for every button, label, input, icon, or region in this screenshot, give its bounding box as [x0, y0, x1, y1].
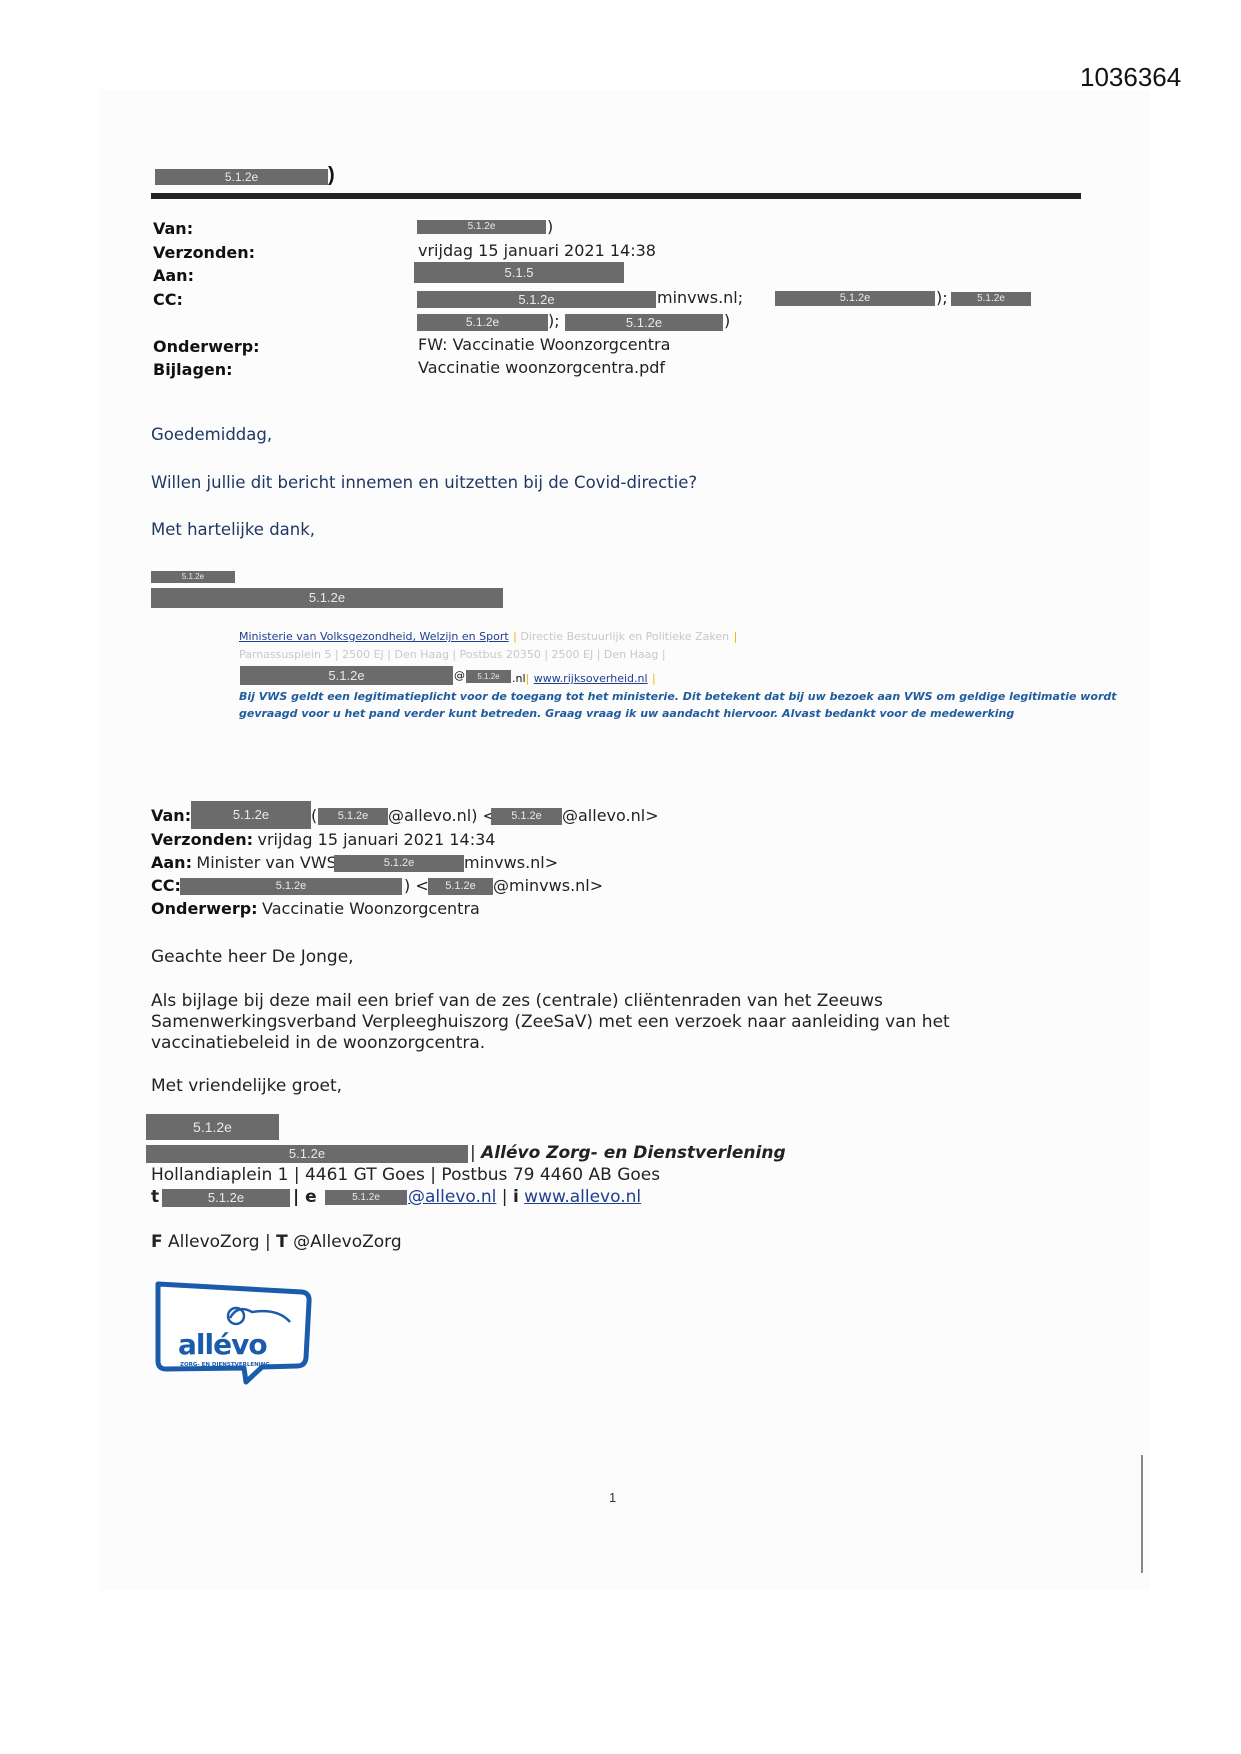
redaction-block: 5.1.2e — [417, 220, 546, 234]
redaction-block: 5.1.2e — [775, 291, 935, 306]
onderwerp-row: Onderwerp: Vaccinatie Woonzorgcentra — [151, 899, 480, 919]
cc-suffix: ) — [724, 311, 730, 330]
body-closing: Met vriendelijke groet, — [151, 1076, 342, 1096]
verzonden-row: Verzonden: vrijdag 15 januari 2021 14:34 — [151, 830, 495, 850]
body-greeting: Goedemiddag, — [151, 425, 272, 444]
verzonden-value: vrijdag 15 januari 2021 14:34 — [258, 830, 496, 849]
directorate: Directie Bestuurlijk en Politieke Zaken — [520, 630, 729, 643]
body-paragraph-line: Als bijlage bij deze mail een brief van … — [151, 991, 883, 1011]
rijksoverheid-link[interactable]: www.rijksoverheid.nl — [534, 672, 648, 685]
signature-org-line: | Allévo Zorg- en Dienstverlening — [470, 1143, 786, 1163]
logo-tagline: ZORG- EN DIENSTVERLENING — [180, 1362, 270, 1368]
van-email-domain: @allevo.nl> — [562, 806, 659, 825]
redaction-block: 5.1.2e — [466, 670, 511, 683]
redaction-block: 5.1.2e — [191, 801, 311, 829]
at-sign: @ — [454, 669, 465, 682]
document-id: 1036364 — [1080, 62, 1181, 93]
redaction-block: 5.1.2e — [325, 1190, 407, 1205]
redaction-block: 5.1.2e — [240, 666, 453, 685]
label-cc: CC: — [151, 876, 181, 895]
signature-ministry-line: Ministerie van Volksgezondheid, Welzijn … — [239, 627, 737, 645]
notice-line: gevraagd voor u het pand verder kunt bet… — [239, 707, 1014, 720]
social-line: F AllevoZorg | T @AllevoZorg — [151, 1232, 402, 1252]
twitter-handle: @AllevoZorg — [293, 1232, 402, 1252]
body-paragraph-line: vaccinatiebeleid in de woonzorgcentra. — [151, 1033, 485, 1053]
cc-suffix: ); — [936, 288, 948, 307]
body-greeting: Geachte heer De Jonge, — [151, 947, 354, 967]
van-email-domain: @allevo.nl) < — [388, 806, 496, 825]
redaction-block: 5.1.2e — [162, 1189, 290, 1207]
facebook-handle: AllevoZorg — [168, 1232, 260, 1252]
aan-suffix: minvws.nl> — [464, 853, 558, 872]
cc-suffix: ); — [548, 311, 560, 330]
van-suffix: ) — [547, 217, 553, 236]
redaction-block: 5.1.2e — [180, 878, 402, 895]
redaction-block: 5.1.2e — [146, 1145, 468, 1163]
ministry-link[interactable]: Ministerie van Volksgezondheid, Welzijn … — [239, 630, 509, 643]
verzonden-value: vrijdag 15 januari 2021 14:38 — [418, 241, 656, 260]
redaction-block: 5.1.2e — [565, 314, 723, 331]
header-rule — [151, 193, 1081, 199]
notice-line: Bij VWS geldt een legitimatieplicht voor… — [239, 690, 1117, 703]
redaction-block: 5.1.2e — [417, 291, 656, 308]
cc-mid: ) < — [404, 876, 429, 895]
scan-edge-line — [1141, 1455, 1143, 1573]
signature-contact-line: @allevo.nl | i www.allevo.nl — [408, 1187, 641, 1207]
subject-value: FW: Vaccinatie Woonzorgcentra — [418, 335, 670, 354]
paren-open: ( — [311, 806, 317, 825]
redaction-block: 5.1.2e — [151, 571, 235, 583]
email-link[interactable]: @allevo.nl — [408, 1187, 496, 1207]
body-line: Willen jullie dit bericht innemen en uit… — [151, 473, 697, 492]
header-suffix: ) — [328, 164, 335, 187]
subject-value: Vaccinatie Woonzorgcentra — [262, 899, 480, 918]
signature-address: Parnassusplein 5 | 2500 EJ | Den Haag | … — [239, 648, 666, 661]
body-closing: Met hartelijke dank, — [151, 520, 315, 539]
aan-row: Aan: Minister van VWS < — [151, 853, 355, 873]
allevo-logo: allévo ZORG- EN DIENSTVERLENING — [150, 1278, 315, 1388]
redaction-block: 5.1.2e — [151, 588, 503, 608]
page-number: 1 — [609, 1490, 616, 1505]
signature-web-line: .nl| www.rijksoverheid.nl | — [512, 669, 656, 687]
label-bijlagen: Bijlagen: — [153, 360, 233, 379]
label-van: Van: — [151, 806, 191, 825]
phone-label: t — [151, 1187, 159, 1207]
redaction-block: 5.1.2e — [146, 1114, 279, 1140]
label-aan: Aan: — [153, 266, 194, 285]
label-cc: CC: — [153, 290, 183, 309]
redaction-block: 5.1.2e — [318, 808, 388, 825]
redaction-block: 5.1.2e — [334, 855, 464, 872]
redaction-block: 5.1.2e — [155, 169, 328, 185]
logo-wordmark: allévo — [178, 1328, 267, 1361]
redaction-block: 5.1.2e — [491, 808, 562, 825]
label-verzonden: Verzonden: — [153, 243, 255, 262]
redaction-block: 5.1.2e — [951, 292, 1031, 306]
cc-suffix: @minvws.nl> — [493, 876, 603, 895]
allevo-website-link[interactable]: www.allevo.nl — [524, 1187, 641, 1207]
signature-address: Hollandiaplein 1 | 4461 GT Goes | Postbu… — [151, 1165, 660, 1185]
body-paragraph-line: Samenwerkingsverband Verpleeghuiszorg (Z… — [151, 1012, 950, 1032]
label-onderwerp: Onderwerp: — [153, 337, 260, 356]
cc-suffix: minvws.nl; — [657, 288, 743, 307]
org-name: Allévo Zorg- en Dienstverlening — [481, 1143, 785, 1163]
redaction-block: 5.1.2e — [428, 878, 493, 895]
email-label: | e — [293, 1187, 317, 1207]
label-van: Van: — [153, 219, 193, 238]
attachment-link[interactable]: Vaccinatie woonzorgcentra.pdf — [418, 358, 665, 377]
redaction-block: 5.1.5 — [414, 262, 624, 283]
redaction-block: 5.1.2e — [417, 314, 548, 331]
